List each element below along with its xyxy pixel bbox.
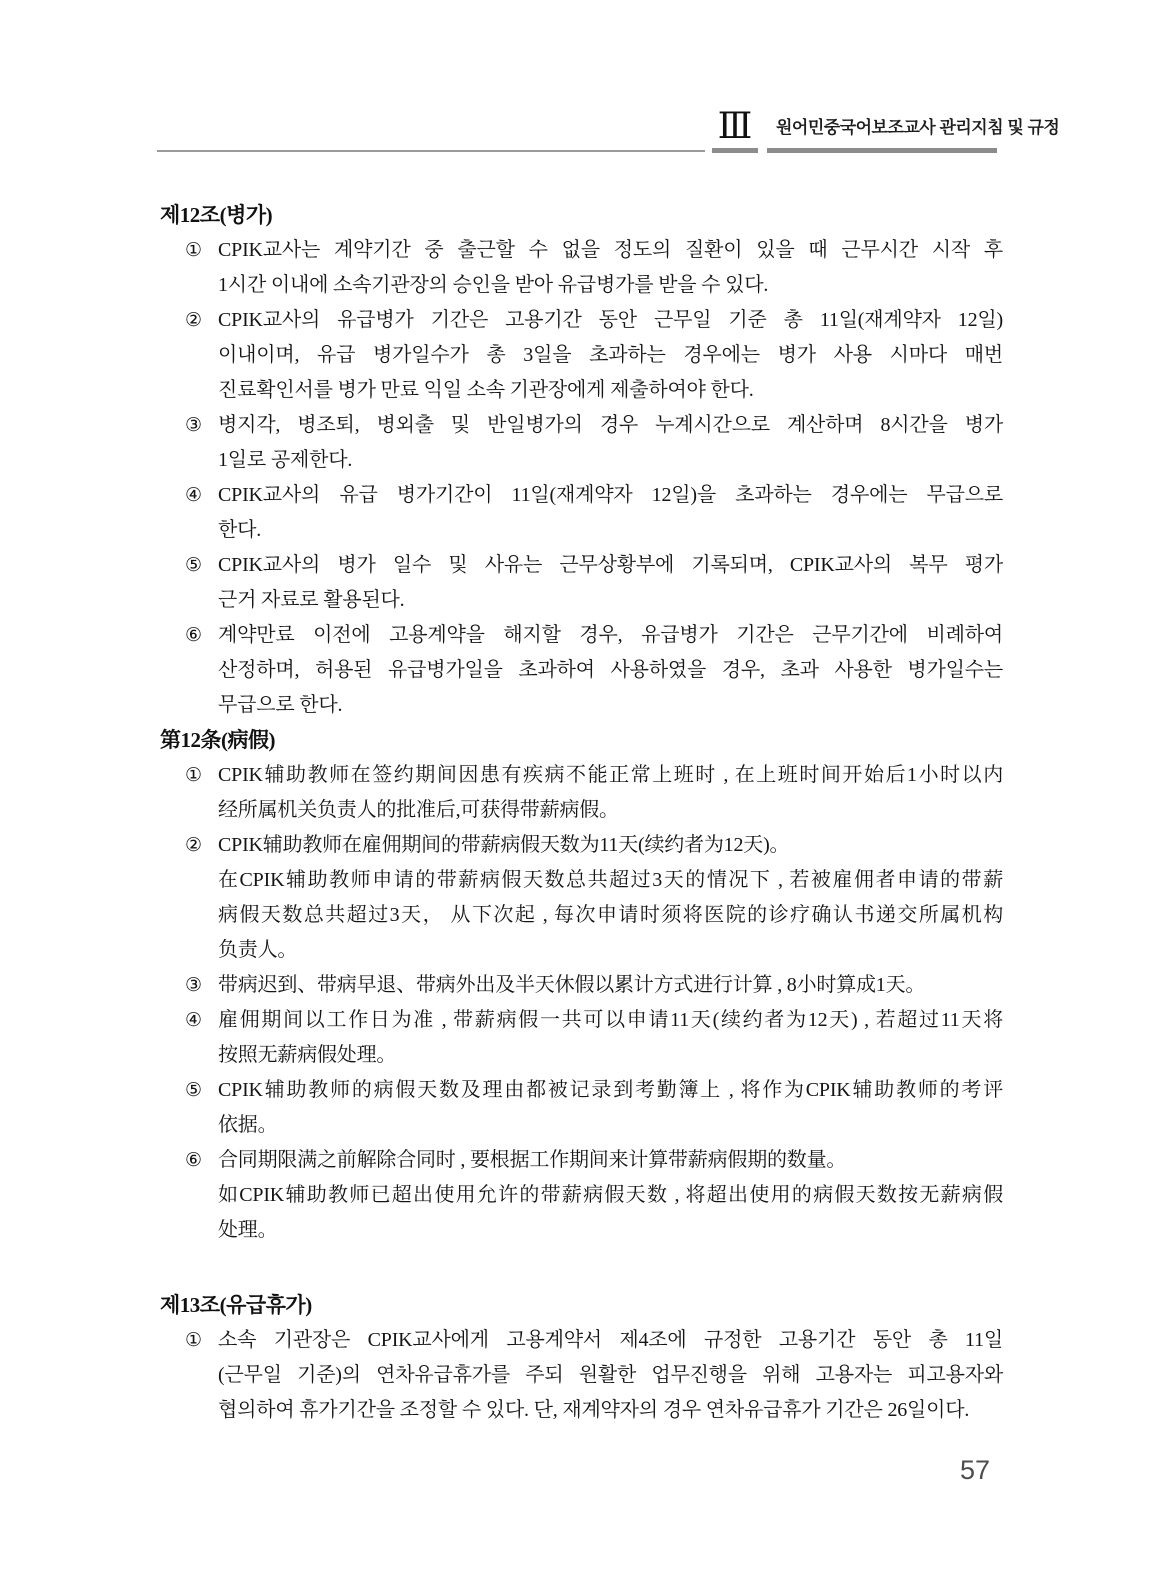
item-number: ② — [185, 303, 218, 338]
list-item: ④雇佣期间以工作日为准 , 带薪病假一共可以申请11天(续约者为12天) , 若… — [160, 1003, 1003, 1073]
item-text: CPIK교사의 유급병가 기간은 고용기간 동안 근무일 기준 총 11일(재계… — [218, 303, 1003, 408]
text-line: CPIK교사의 병가 일수 및 사유는 근무상황부에 기록되며, CPIK교사의… — [218, 548, 1003, 583]
list-item: ①소속 기관장은 CPIK교사에게 고용계약서 제4조에 규정한 고용기간 동안… — [160, 1323, 1003, 1428]
item-text: CPIK교사는 계약기간 중 출근할 수 없을 정도의 질환이 있을 때 근무시… — [218, 233, 1003, 303]
list-item: ④CPIK교사의 유급 병가기간이 11일(재계약자 12일)을 초과하는 경우… — [160, 478, 1003, 548]
text-line: 이내이며, 유급 병가일수가 총 3일을 초과하는 경우에는 병가 사용 시마다… — [218, 338, 1003, 373]
text-line: CPIK교사는 계약기간 중 출근할 수 없을 정도의 질환이 있을 때 근무시… — [218, 233, 1003, 268]
list-item: ①CPIK교사는 계약기간 중 출근할 수 없을 정도의 질환이 있을 때 근무… — [160, 233, 1003, 303]
text-line: 협의하여 휴가기간을 조정할 수 있다. 단, 재계약자의 경우 연차유급휴가 … — [218, 1393, 1003, 1428]
document-page: Ⅲ 원어민중국어보조교사 관리지침 및 규정 제12조(병가)①CPIK교사는 … — [0, 0, 1159, 1571]
item-text: CPIK辅助教师在签约期间因患有疾病不能正常上班时 , 在上班时间开始后1小时以… — [218, 758, 1003, 828]
item-text: CPIK辅助教师在雇佣期间的带薪病假天数为11天(续约者为12天)。在CPIK辅… — [218, 828, 1003, 968]
item-number: ② — [185, 828, 218, 863]
header-rule-left — [157, 150, 705, 152]
item-number: ⑥ — [185, 1143, 218, 1178]
text-line: CPIK辅助教师在雇佣期间的带薪病假天数为11天(续约者为12天)。 — [218, 828, 1003, 863]
item-text: 带病迟到、带病早退、带病外出及半天休假以累计方式进行计算 , 8小时算成1天。 — [218, 968, 1003, 1003]
text-line: 1일로 공제한다. — [218, 443, 1003, 478]
text-line: 依据。 — [218, 1108, 1003, 1143]
page-number: 57 — [960, 1450, 1020, 1490]
text-line: 산정하며, 허용된 유급병가일을 초과하여 사용하였을 경우, 초과 사용한 병… — [218, 653, 1003, 688]
item-number: ③ — [185, 968, 218, 1003]
text-line: 병지각, 병조퇴, 병외출 및 반일병가의 경우 누계시간으로 계산하며 8시간… — [218, 408, 1003, 443]
text-line: CPIK교사의 유급 병가기간이 11일(재계약자 12일)을 초과하는 경우에… — [218, 478, 1003, 513]
text-line: 经所属机关负责人的批准后,可获得带薪病假。 — [218, 793, 1003, 828]
document-body: 제12조(병가)①CPIK교사는 계약기간 중 출근할 수 없을 정도의 질환이… — [160, 198, 1003, 1428]
text-line: CPIK교사의 유급병가 기간은 고용기간 동안 근무일 기준 총 11일(재계… — [218, 303, 1003, 338]
text-line: 진료확인서를 병가 만료 익일 소속 기관장에게 제출하여야 한다. — [218, 373, 1003, 408]
text-line: 处理。 — [218, 1213, 1003, 1248]
list-item: ③병지각, 병조퇴, 병외출 및 반일병가의 경우 누계시간으로 계산하며 8시… — [160, 408, 1003, 478]
list-item: ⑤CPIK교사의 병가 일수 및 사유는 근무상황부에 기록되며, CPIK교사… — [160, 548, 1003, 618]
item-text: 병지각, 병조퇴, 병외출 및 반일병가의 경우 누계시간으로 계산하며 8시간… — [218, 408, 1003, 478]
chapter-numeral-underline — [712, 148, 758, 153]
section-heading: 제13조(유급휴가) — [160, 1288, 1003, 1323]
text-line: 한다. — [218, 513, 1003, 548]
text-line: 소속 기관장은 CPIK교사에게 고용계약서 제4조에 규정한 고용기간 동안 … — [218, 1323, 1003, 1358]
list-item: ⑥合同期限满之前解除合同时 , 要根据工作期间来计算带薪病假期的数量。如CPIK… — [160, 1143, 1003, 1248]
list-item: ⑥계약만료 이전에 고용계약을 해지할 경우, 유급병가 기간은 근무기간에 비… — [160, 618, 1003, 723]
text-line: 合同期限满之前解除合同时 , 要根据工作期间来计算带薪病假期的数量。 — [218, 1143, 1003, 1178]
text-line: (근무일 기준)의 연차유급휴가를 주되 원활한 업무진행을 위해 고용자는 피… — [218, 1358, 1003, 1393]
list-item: ②CPIK교사의 유급병가 기간은 고용기간 동안 근무일 기준 총 11일(재… — [160, 303, 1003, 408]
section-heading: 제12조(병가) — [160, 198, 1003, 233]
item-text: 소속 기관장은 CPIK교사에게 고용계약서 제4조에 규정한 고용기간 동안 … — [218, 1323, 1003, 1428]
item-number: ⑤ — [185, 548, 218, 583]
text-line: 계약만료 이전에 고용계약을 해지할 경우, 유급병가 기간은 근무기간에 비례… — [218, 618, 1003, 653]
text-line: 带病迟到、带病早退、带病外出及半天休假以累计方式进行计算 , 8小时算成1天。 — [218, 968, 1003, 1003]
text-line: 무급으로 한다. — [218, 688, 1003, 723]
text-line: 如CPIK辅助教师已超出使用允许的带薪病假天数 , 将超出使用的病假天数按无薪病… — [218, 1178, 1003, 1213]
item-number: ⑥ — [185, 618, 218, 653]
text-line: CPIK辅助教师的病假天数及理由都被记录到考勤簿上 , 将作为CPIK辅助教师的… — [218, 1073, 1003, 1108]
text-line: 1시간 이내에 소속기관장의 승인을 받아 유급병가를 받을 수 있다. — [218, 268, 1003, 303]
chapter-numeral: Ⅲ — [712, 104, 758, 148]
text-line: 雇佣期间以工作日为准 , 带薪病假一共可以申请11天(续约者为12天) , 若超… — [218, 1003, 1003, 1038]
section-heading: 第12条(病假) — [160, 723, 1003, 758]
list-item: ①CPIK辅助教师在签约期间因患有疾病不能正常上班时 , 在上班时间开始后1小时… — [160, 758, 1003, 828]
item-text: 雇佣期间以工作日为准 , 带薪病假一共可以申请11天(续约者为12天) , 若超… — [218, 1003, 1003, 1073]
item-number: ④ — [185, 1003, 218, 1038]
text-line: CPIK辅助教师在签约期间因患有疾病不能正常上班时 , 在上班时间开始后1小时以… — [218, 758, 1003, 793]
item-text: CPIK교사의 유급 병가기간이 11일(재계약자 12일)을 초과하는 경우에… — [218, 478, 1003, 548]
item-number: ① — [185, 758, 218, 793]
item-number: ⑤ — [185, 1073, 218, 1108]
item-number: ④ — [185, 478, 218, 513]
list-item: ②CPIK辅助教师在雇佣期间的带薪病假天数为11天(续约者为12天)。在CPIK… — [160, 828, 1003, 968]
list-item: ⑤CPIK辅助教师的病假天数及理由都被记录到考勤簿上 , 将作为CPIK辅助教师… — [160, 1073, 1003, 1143]
list-item: ③带病迟到、带病早退、带病外出及半天休假以累计方式进行计算 , 8小时算成1天。 — [160, 968, 1003, 1003]
item-text: CPIK교사의 병가 일수 및 사유는 근무상황부에 기록되며, CPIK교사의… — [218, 548, 1003, 618]
item-number: ③ — [185, 408, 218, 443]
item-text: 合同期限满之前解除合同时 , 要根据工作期间来计算带薪病假期的数量。如CPIK辅… — [218, 1143, 1003, 1248]
text-line: 在CPIK辅助教师申请的带薪病假天数总共超过3天的情况下 , 若被雇佣者申请的带… — [218, 863, 1003, 898]
chapter-title: 원어민중국어보조교사 관리지침 및 규정 — [776, 115, 1006, 141]
text-line: 病假天数总共超过3天， 从下次起 , 每次申请时须将医院的诊疗确认书递交所属机构 — [218, 898, 1003, 933]
text-line: 负责人。 — [218, 933, 1003, 968]
text-line: 按照无薪病假处理。 — [218, 1038, 1003, 1073]
chapter-title-underline — [767, 148, 997, 153]
item-number: ① — [185, 233, 218, 268]
item-number: ① — [185, 1323, 218, 1358]
item-text: CPIK辅助教师的病假天数及理由都被记录到考勤簿上 , 将作为CPIK辅助教师的… — [218, 1073, 1003, 1143]
text-line: 근거 자료로 활용된다. — [218, 583, 1003, 618]
item-text: 계약만료 이전에 고용계약을 해지할 경우, 유급병가 기간은 근무기간에 비례… — [218, 618, 1003, 723]
